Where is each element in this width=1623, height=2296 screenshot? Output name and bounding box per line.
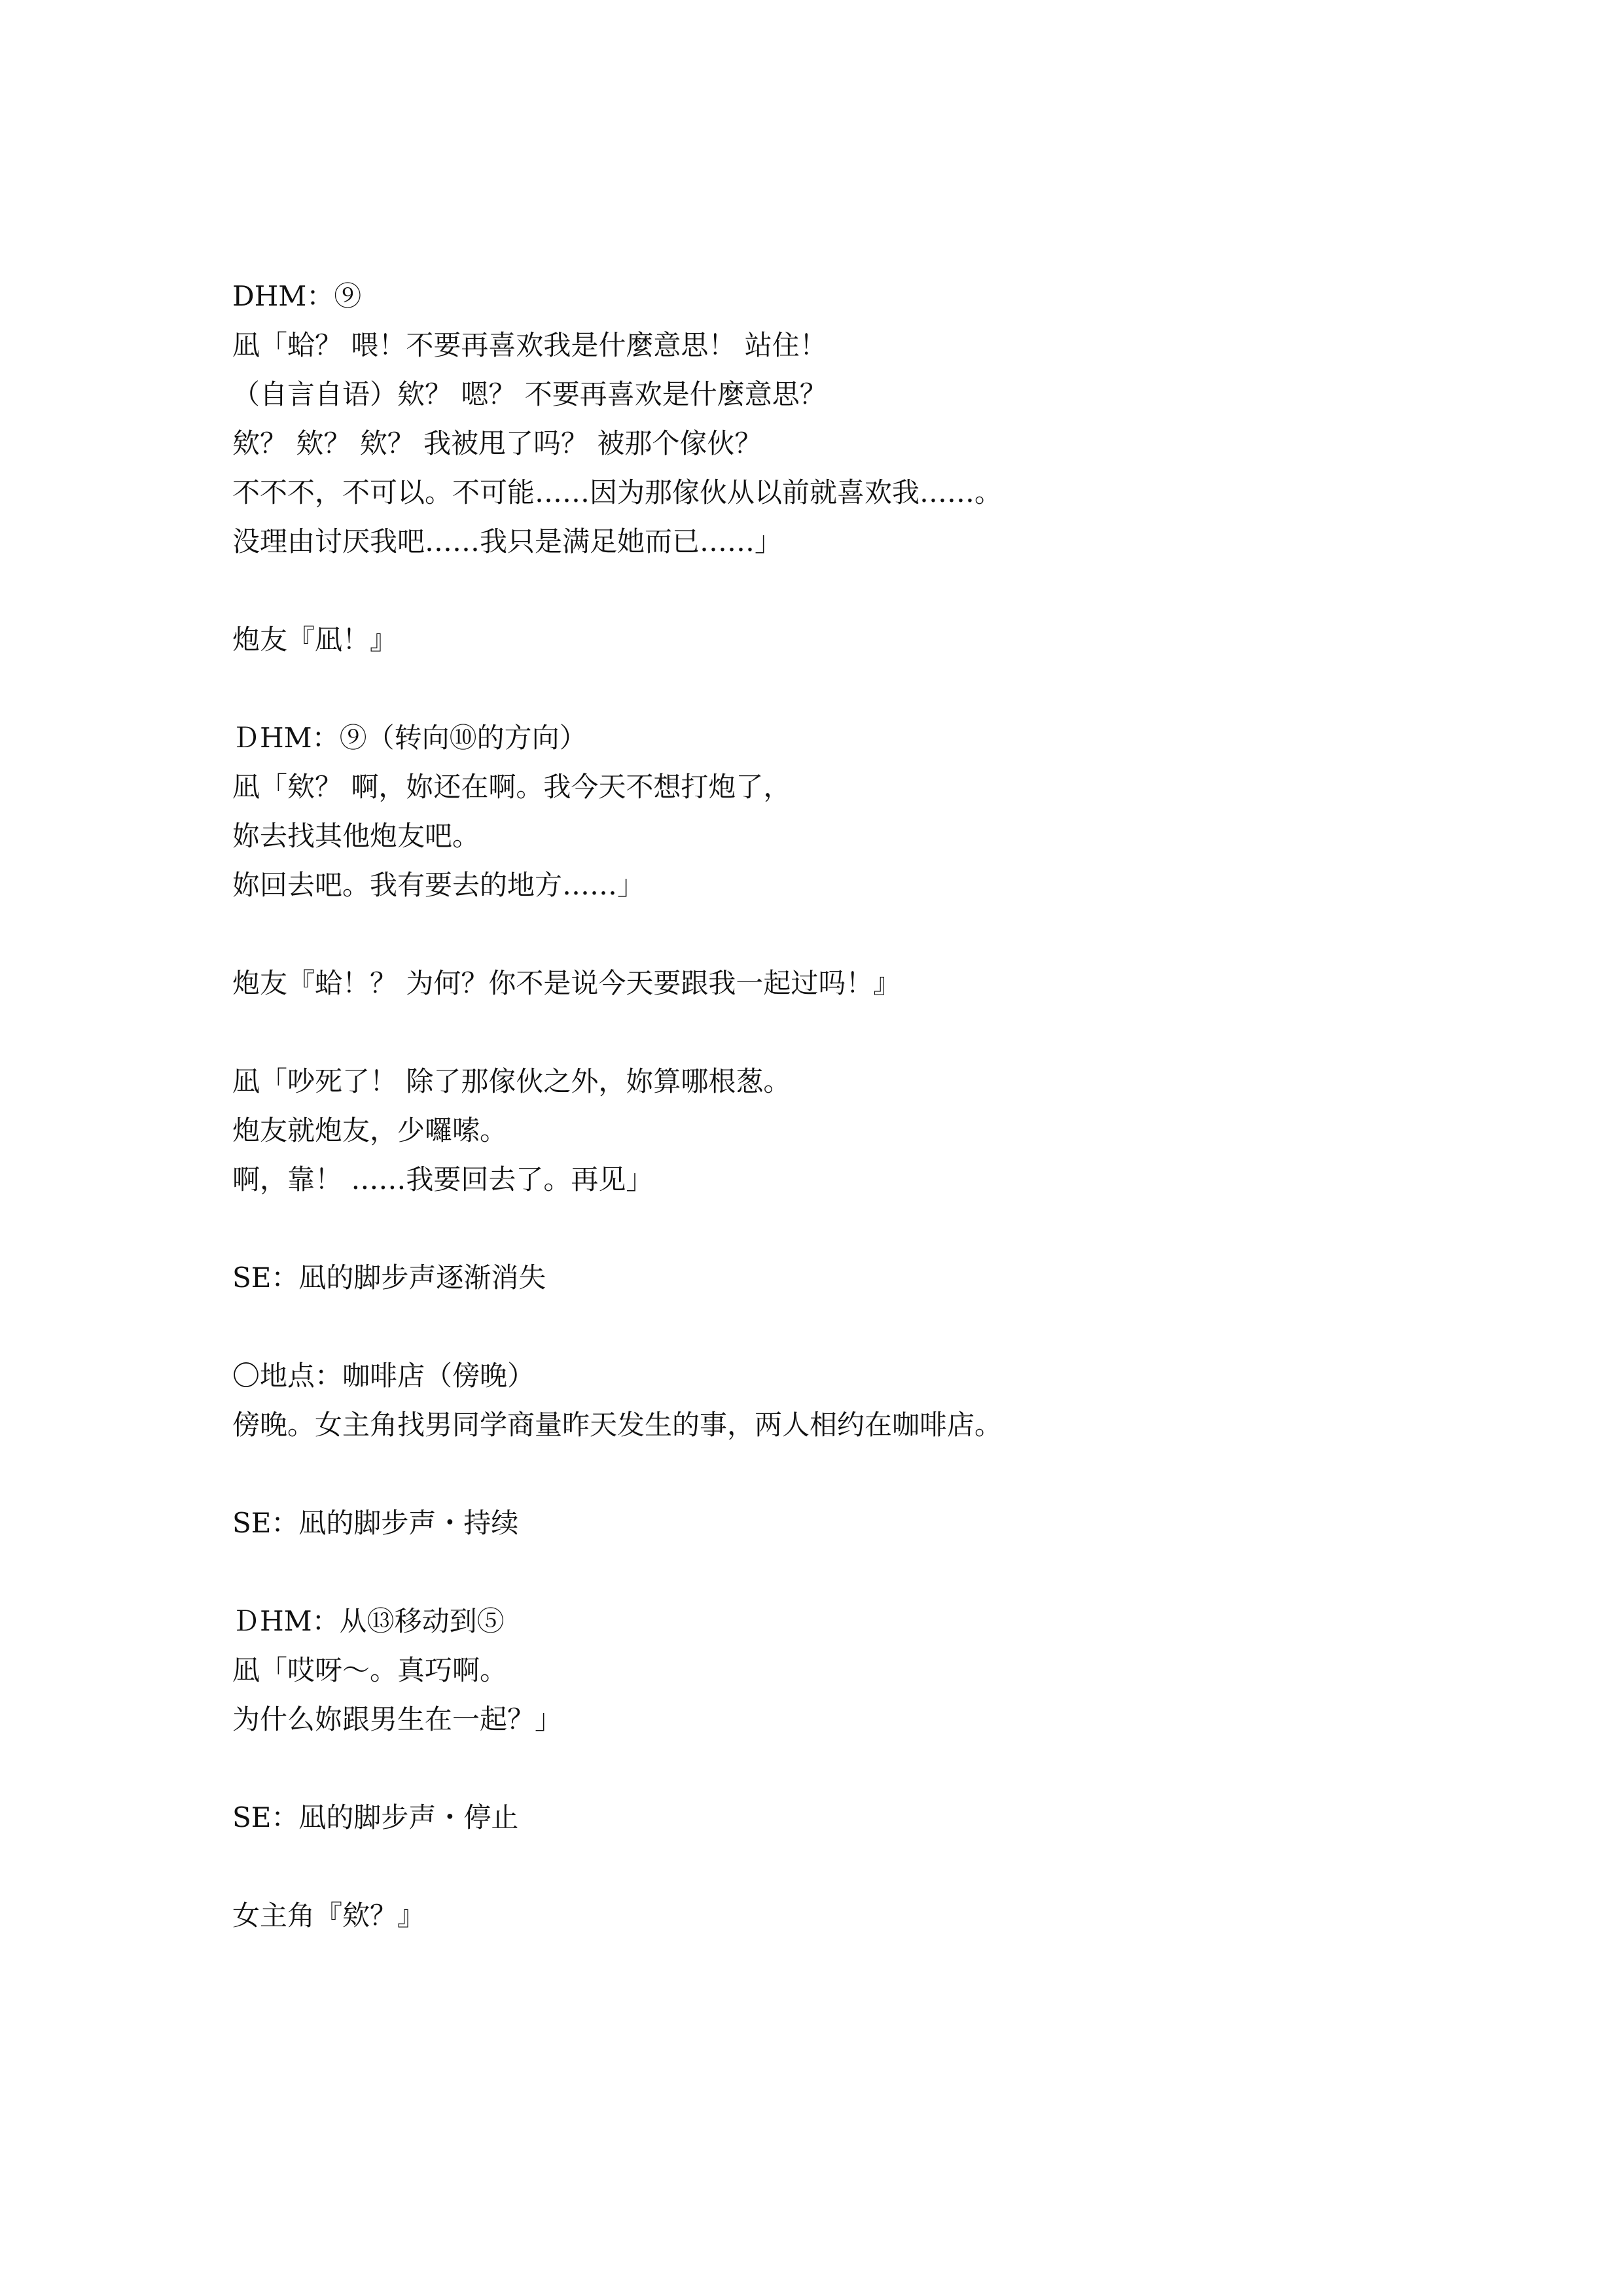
scene-block: 女主角『欸？』 <box>232 1891 1410 1940</box>
dialogue-line: 凪「蛤？ 喂！不要再喜欢我是什麼意思！ 站住！ <box>232 321 1410 370</box>
direction-line: DHM：⑨ <box>232 272 1410 321</box>
scene-block: SE：凪的脚步声・持续 <box>232 1498 1410 1547</box>
dialogue-line: 凪「哎呀～。真巧啊。 <box>232 1646 1410 1695</box>
spacer <box>232 1449 1410 1498</box>
scene-block: ＤHM：⑨（转向⑩的方向） 凪「欸？ 啊，妳还在啊。我今天不想打炮了， 妳去找其… <box>232 713 1410 910</box>
dialogue-line: （自言自语）欸？ 嗯？ 不要再喜欢是什麼意思？ <box>232 370 1410 419</box>
dialogue-line: 不不不，不可以。不可能……因为那傢伙从以前就喜欢我……。 <box>232 468 1410 517</box>
sound-effect-line: SE：凪的脚步声・持续 <box>232 1498 1410 1547</box>
spacer <box>232 1204 1410 1253</box>
direction-line: ＤHM：从⑬移动到⑤ <box>232 1597 1410 1646</box>
spacer <box>232 1302 1410 1351</box>
dialogue-line: 妳回去吧。我有要去的地方……」 <box>232 860 1410 910</box>
scene-block: SE：凪的脚步声逐渐消失 <box>232 1253 1410 1302</box>
scene-block: 凪「吵死了！ 除了那傢伙之外，妳算哪根葱。 炮友就炮友，少囉嗦。 啊，靠！ ……… <box>232 1057 1410 1204</box>
dialogue-line: 啊，靠！ ……我要回去了。再见」 <box>232 1155 1410 1204</box>
scene-block: ＤHM：从⑬移动到⑤ 凪「哎呀～。真巧啊。 为什么妳跟男生在一起？」 <box>232 1597 1410 1744</box>
dialogue-line: 炮友『蛤！？ 为何？你不是说今天要跟我一起过吗！』 <box>232 959 1410 1008</box>
spacer <box>232 566 1410 615</box>
spacer <box>232 1744 1410 1793</box>
spacer <box>232 1842 1410 1891</box>
dialogue-line: 为什么妳跟男生在一起？」 <box>232 1695 1410 1744</box>
dialogue-line: 没理由讨厌我吧……我只是满足她而已……」 <box>232 517 1410 566</box>
dialogue-line: 女主角『欸？』 <box>232 1891 1410 1940</box>
scene-description: 傍晚。女主角找男同学商量昨天发生的事，两人相约在咖啡店。 <box>232 1400 1410 1449</box>
sound-effect-line: SE：凪的脚步声逐渐消失 <box>232 1253 1410 1302</box>
scene-block: DHM：⑨ 凪「蛤？ 喂！不要再喜欢我是什麼意思！ 站住！ （自言自语）欸？ 嗯… <box>232 272 1410 566</box>
dialogue-line: 凪「欸？ 啊，妳还在啊。我今天不想打炮了， <box>232 762 1410 811</box>
scene-block: 炮友『凪！』 <box>232 615 1410 664</box>
spacer <box>232 664 1410 713</box>
dialogue-line: 凪「吵死了！ 除了那傢伙之外，妳算哪根葱。 <box>232 1057 1410 1106</box>
location-heading: 〇地点：咖啡店（傍晚） <box>232 1351 1410 1400</box>
scene-block: 炮友『蛤！？ 为何？你不是说今天要跟我一起过吗！』 <box>232 959 1410 1008</box>
sound-effect-line: SE：凪的脚步声・停止 <box>232 1793 1410 1842</box>
spacer <box>232 910 1410 959</box>
scene-block: 〇地点：咖啡店（傍晚） 傍晚。女主角找男同学商量昨天发生的事，两人相约在咖啡店。 <box>232 1351 1410 1449</box>
scene-block: SE：凪的脚步声・停止 <box>232 1793 1410 1842</box>
dialogue-line: 妳去找其他炮友吧。 <box>232 811 1410 860</box>
script-page: DHM：⑨ 凪「蛤？ 喂！不要再喜欢我是什麼意思！ 站住！ （自言自语）欸？ 嗯… <box>232 272 1410 1940</box>
spacer <box>232 1547 1410 1597</box>
dialogue-line: 炮友『凪！』 <box>232 615 1410 664</box>
spacer <box>232 1008 1410 1057</box>
dialogue-line: 欸？ 欸？ 欸？ 我被甩了吗？ 被那个傢伙？ <box>232 419 1410 468</box>
direction-line: ＤHM：⑨（转向⑩的方向） <box>232 713 1410 762</box>
dialogue-line: 炮友就炮友，少囉嗦。 <box>232 1106 1410 1155</box>
